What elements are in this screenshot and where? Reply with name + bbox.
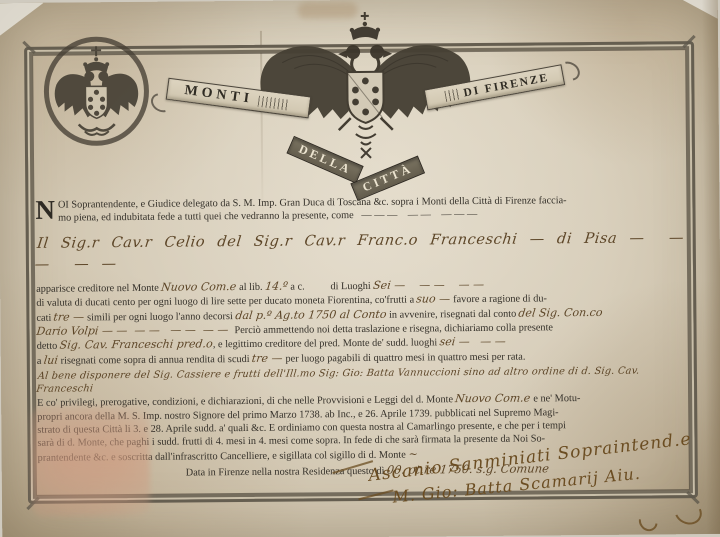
handwritten-text: ~ xyxy=(408,447,419,461)
drop-cap: N xyxy=(35,199,58,222)
printed-text: per luogo pagabili di quattro mesi in qu… xyxy=(283,351,526,364)
medici-seal-icon xyxy=(40,34,153,150)
printed-text: , e legittimo creditore del pred. Monte … xyxy=(213,338,440,351)
printed-text: in avvenire, risegnati dal conto xyxy=(386,308,518,320)
printed-text: apparisce creditore nel Monte xyxy=(36,283,161,295)
printed-text: favore a ragione di du- xyxy=(451,294,547,306)
document-photo: MONTI DI FIRENZE DELLA CITTÀ NOI Soprant… xyxy=(0,0,720,537)
printed-text: mo piena, ed indubitata fede a tutti que… xyxy=(58,209,477,224)
ink-flourish-icon xyxy=(670,495,705,528)
ribbon-hatch-icon xyxy=(257,95,288,110)
printed-text: a c. di Luoghi xyxy=(288,281,374,293)
handwritten-text: Nuovo Com.e xyxy=(161,280,238,294)
printed-text: risegnati come sopra di annua rendita di… xyxy=(58,354,252,367)
handwritten-text: Sig. Cav. Franceschi pred.o xyxy=(59,338,214,353)
printed-text: cati xyxy=(36,312,54,323)
printed-text: e ne' Motu- xyxy=(531,393,581,404)
printed-text: al lib. xyxy=(237,282,266,293)
handwritten-text: tre — xyxy=(53,310,85,324)
printed-text: Data in Firenze nella nostra Residenza q… xyxy=(186,466,387,479)
ribbon-hatch-icon xyxy=(444,89,460,102)
printed-text: di valuta di ducati cento per ogni luogo… xyxy=(36,295,417,309)
paper-edge xyxy=(702,0,720,534)
handwritten-text: dal p.º Ag.to 1750 al Conto xyxy=(235,307,388,322)
handwritten-text: tre — xyxy=(251,352,283,366)
frame-corner-icon xyxy=(682,35,695,49)
text-line: Il Sig.r Cav.r Celio del Sig.r Cav.r Fra… xyxy=(36,228,692,277)
handwritten-text: Il Sig.r Cav.r Celio del Sig.r Cav.r Fra… xyxy=(33,228,694,276)
handwritten-text: 14.º xyxy=(264,279,288,293)
handwritten-text: sei — — — xyxy=(439,335,507,349)
handwritten-text: Nuovo Com.e xyxy=(455,392,532,406)
paper-tear-top-left xyxy=(0,3,44,37)
printed-text: detto xyxy=(37,341,60,352)
ink-flourish-icon xyxy=(635,508,661,535)
handwritten-text: lui xyxy=(43,353,59,367)
printed-text: simili per ogni luogo l'anno decorsi xyxy=(84,311,235,323)
handwritten-text: suo — xyxy=(416,292,451,306)
handwritten-text: Dario Volpi — — — — — — — — xyxy=(36,323,233,338)
handwritten-text: Sei — — — — — xyxy=(373,278,486,292)
frame-corner-icon xyxy=(22,41,36,54)
handwritten-text: del Sig. Con.co xyxy=(518,306,604,320)
wax-seal-stain xyxy=(31,406,150,517)
paper-sheet: MONTI DI FIRENZE DELLA CITTÀ NOI Soprant… xyxy=(0,0,720,537)
